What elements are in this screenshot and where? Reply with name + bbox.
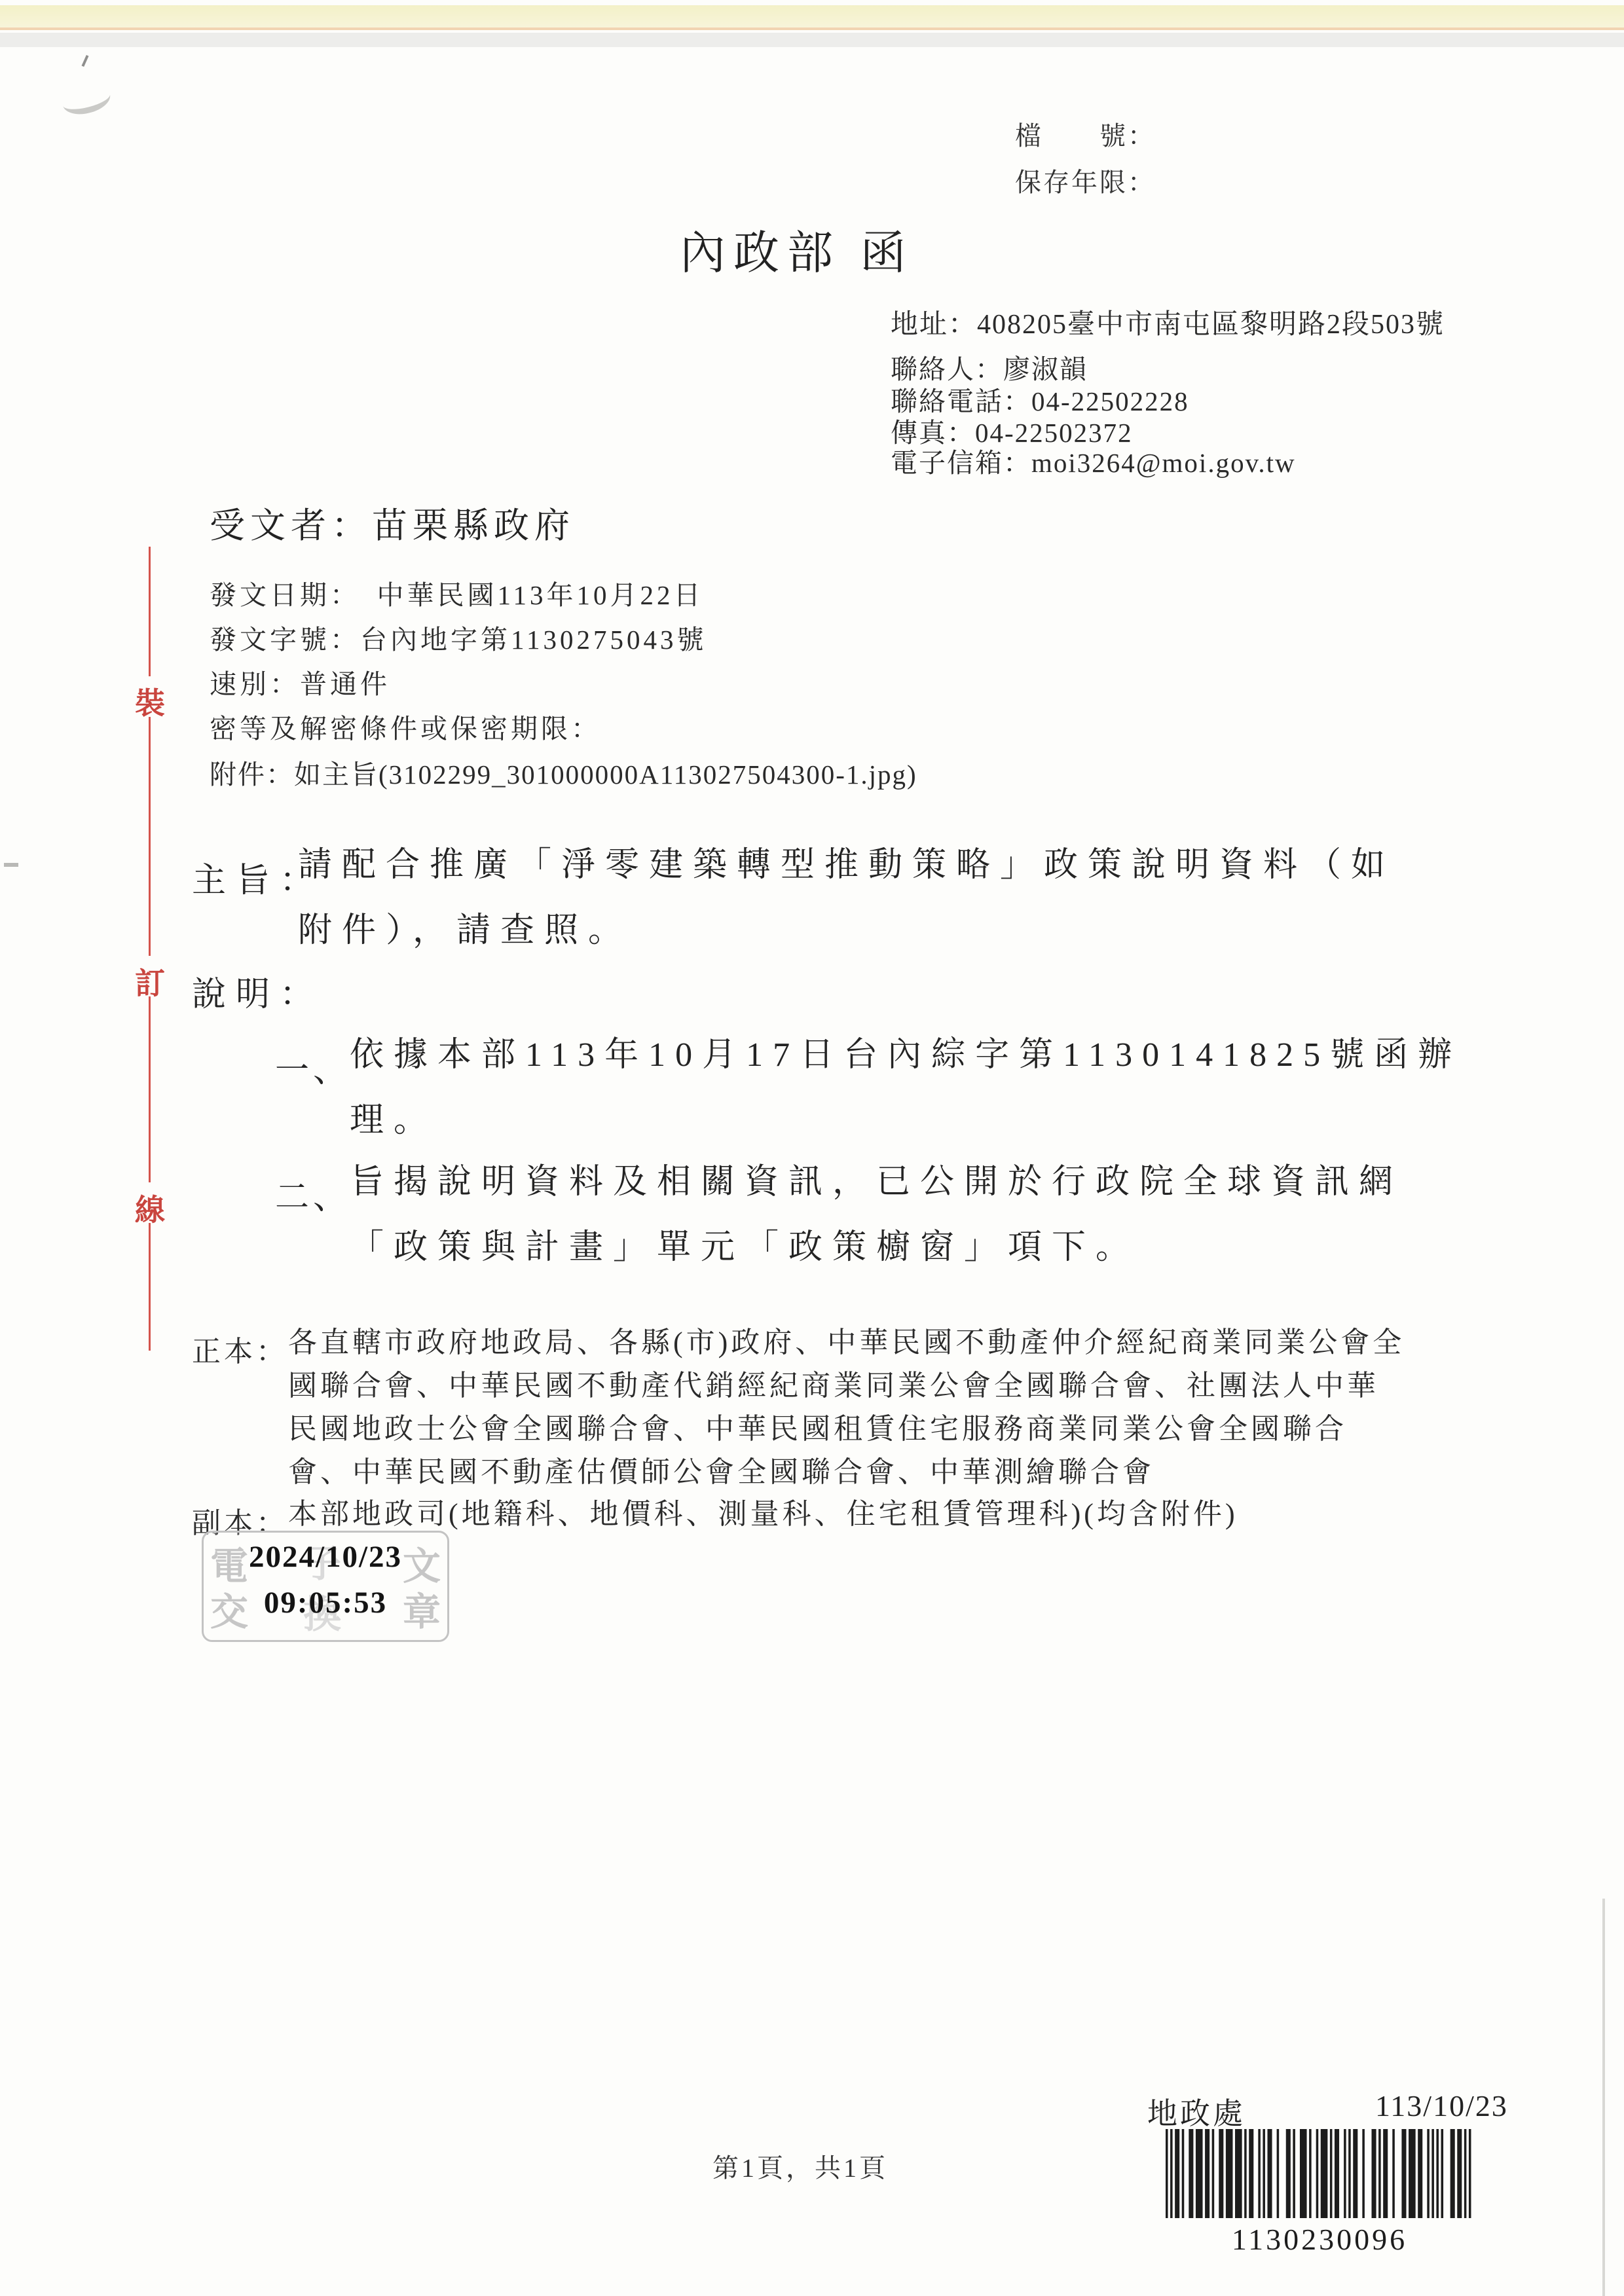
retention-period-label: 保存年限： (1015, 162, 1156, 199)
meta-docno-line: 發文字號：台內地字第1130275043號 (210, 618, 707, 657)
binding-char-zhuang: 裝 (132, 680, 168, 723)
meta-speed-line: 速別：普通件 (210, 663, 390, 701)
barcode (1166, 2129, 1473, 2218)
scanned-document-page: 檔 號： 保存年限： 內政部 函 地址：408205臺中市南屯區黎明路2段503… (0, 0, 1624, 2296)
file-number-label: 檔 號： (1015, 115, 1156, 153)
explanation-item-2-number: 二、 (275, 1169, 351, 1218)
scan-gray-band (0, 33, 1624, 47)
footer-date: 113/10/23 (1375, 2088, 1508, 2123)
scan-mark-tick (82, 55, 89, 67)
electronic-exchange-stamp: 電 子 文 交 換 章 2024/10/23 09:05:53 (202, 1531, 449, 1642)
recipient-line: 受文者：苗栗縣政府 (210, 498, 575, 548)
explanation-item-1-number: 一、 (275, 1042, 351, 1091)
binding-line-segment (149, 996, 151, 1182)
meta-security-line: 密等及解密條件或保密期限： (210, 707, 601, 746)
scan-band-line (0, 27, 1624, 30)
stamp-date: 2024/10/23 (204, 1539, 447, 1575)
page-number: 第1頁，共1頁 (712, 2147, 888, 2185)
sender-address: 地址：408205臺中市南屯區黎明路2段503號 (891, 302, 1445, 342)
barcode-number: 1130230096 (1166, 2222, 1473, 2257)
explanation-item-2-text: 旨揭說明資料及相關資訊，已公開於行政院全球資訊網 「政策與計畫」單元「政策櫥窗」… (350, 1150, 1528, 1281)
document-title: 內政部 函 (680, 216, 914, 282)
binding-line-segment (149, 717, 151, 956)
sender-email: 電子信箱：moi3264@moi.gov.tw (891, 441, 1296, 480)
scan-yellow-band (0, 5, 1624, 27)
original-copy-label: 正本： (192, 1328, 288, 1370)
cc-text: 本部地政司(地籍科、地價科、測量科、住宅租賃管理科)(均含附件) (288, 1493, 1545, 1536)
scan-edge-line (1602, 1899, 1605, 2296)
scan-mark-curve (60, 81, 113, 119)
binding-line-segment (149, 1223, 151, 1351)
meta-attachment-line: 附件：如主旨(3102299_301000000A113027504300-1.… (210, 753, 917, 792)
binding-line-segment (149, 547, 151, 676)
meta-date-line: 發文日期： 中華民國113年10月22日 (210, 574, 703, 612)
original-copy-list: 各直轄市政府地政局、各縣(市)政府、中華民國不動產仲介經紀商業同業公會全 國聯合… (288, 1321, 1480, 1494)
subject-text: 請配合推廣「淨零建築轉型推動策略」政策說明資料（如 附件），請查照。 (298, 833, 1464, 964)
scan-mark-dash (4, 863, 18, 867)
explanation-label: 說明： (192, 966, 323, 1015)
footer-office: 地政處 (1147, 2090, 1246, 2133)
binding-char-xian: 線 (132, 1186, 168, 1230)
stamp-time: 09:05:53 (204, 1585, 447, 1620)
binding-char-ding: 訂 (132, 960, 168, 1003)
explanation-item-1-text: 依據本部113年10月17日台內綜字第1130141825號函辦 理。 (350, 1023, 1528, 1154)
